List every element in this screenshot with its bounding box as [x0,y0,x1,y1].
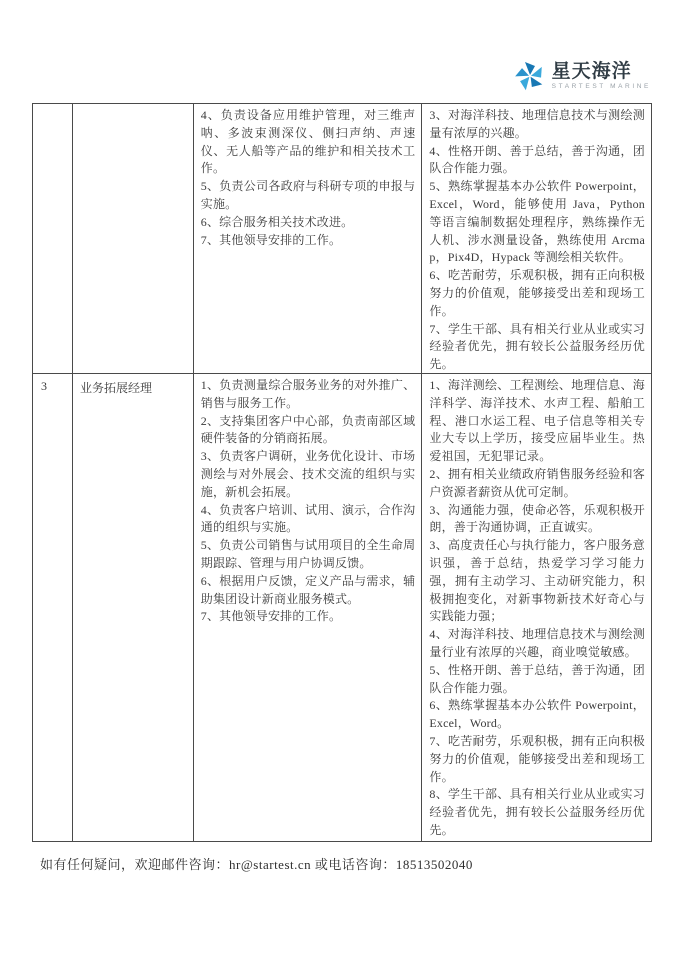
duty-item: 4、负责设备应用维护管理，对三维声呐、多波束测深仪、侧扫声纳、声速仪、无人船等产… [201,107,416,178]
startest-logo-icon [514,60,546,92]
logo-company-name-en: STARTEST MARINE [552,84,651,91]
duty-item: 3、负责客户调研，业务优化设计、市场测绘与对外展会、技术交流的组织与实施，新机会… [201,448,416,501]
duty-item: 7、其他领导安排的工作。 [201,608,416,626]
duty-item: 4、负责客户培训、试用、演示，合作沟通的组织与实施。 [201,502,416,538]
requirement-item: 5、性格开朗、善于总结，善于沟通，团队合作能力强。 [429,662,645,698]
requirement-item: 3、高度责任心与执行能力，客户服务意识强，善于总结，热爱学习学习能力强，拥有主动… [429,537,645,626]
duty-item: 7、其他领导安排的工作。 [201,232,416,250]
job-duties-cell: 4、负责设备应用维护管理，对三维声呐、多波束测深仪、侧扫声纳、声速仪、无人船等产… [194,104,423,374]
requirement-item: 8、学生干部、具有相关行业从业或实习经验者优先，拥有较长公益服务经历优先。 [429,786,645,839]
requirement-item: 6、熟练掌握基本办公软件 Powerpoint，Excel，Word。 [429,697,645,733]
document-page: 星天海洋 STARTEST MARINE 4、负责设备应用维护管理，对三维声呐、… [0,0,679,960]
table-row: 4、负责设备应用维护管理，对三维声呐、多波束测深仪、侧扫声纳、声速仪、无人船等产… [33,104,652,374]
requirement-item: 3、对海洋科技、地理信息技术与测绘测量有浓厚的兴趣。 [429,107,645,143]
requirement-item: 7、学生干部、具有相关行业从业或实习经验者优先，拥有较长公益服务经历优先。 [429,321,645,374]
duty-item: 5、负责公司各政府与科研专项的申报与实施。 [201,178,416,214]
duty-item: 6、根据用户反馈，定义产品与需求，辅助集团设计新商业服务模式。 [201,573,416,609]
requirement-item: 3、沟通能力强，使命必答，乐观积极开朗，善于沟通协调，正直诚实。 [429,502,645,538]
job-requirements-cell: 3、对海洋科技、地理信息技术与测绘测量有浓厚的兴趣。4、性格开朗、善于总结，善于… [422,104,652,374]
duty-item: 2、支持集团客户中心部，负责南部区域硬件装备的分销商拓展。 [201,413,416,449]
company-logo: 星天海洋 STARTEST MARINE [514,60,651,92]
logo-text: 星天海洋 STARTEST MARINE [552,62,651,91]
requirement-item: 1、海洋测绘、工程测绘、地理信息、海洋科学、海洋技术、水声工程、船舶工程、港口水… [429,377,645,466]
job-positions-table: 4、负责设备应用维护管理，对三维声呐、多波束测深仪、侧扫声纳、声速仪、无人船等产… [32,103,652,842]
job-duties-cell: 1、负责测量综合服务业务的对外推广、销售与服务工作。2、支持集团客户中心部，负责… [194,374,423,842]
job-requirements-cell: 1、海洋测绘、工程测绘、地理信息、海洋科学、海洋技术、水声工程、船舶工程、港口水… [422,374,652,842]
duty-item: 6、综合服务相关技术改进。 [201,214,416,232]
row-index-cell: 3 [33,374,73,842]
job-title-cell: 业务拓展经理 [73,374,194,842]
requirement-item: 4、性格开朗、善于总结，善于沟通，团队合作能力强。 [429,143,645,179]
requirement-item: 5、熟练掌握基本办公软件 Powerpoint，Excel，Word，能够使用 … [429,178,645,267]
requirement-item: 4、对海洋科技、地理信息技术与测绘测量行业有浓厚的兴趣，商业嗅觉敏感。 [429,626,645,662]
duty-item: 1、负责测量综合服务业务的对外推广、销售与服务工作。 [201,377,416,413]
row-index-cell [33,104,73,374]
contact-footer: 如有任何疑问，欢迎邮件咨询：hr@startest.cn 或电话咨询：18513… [40,854,473,873]
logo-company-name-cn: 星天海洋 [552,62,651,81]
duty-item: 5、负责公司销售与试用项目的全生命周期跟踪、管理与用户协调反馈。 [201,537,416,573]
requirement-item: 7、吃苦耐劳，乐观积极，拥有正向积极努力的价值观，能够接受出差和现场工作。 [429,733,645,786]
table-row: 3 业务拓展经理 1、负责测量综合服务业务的对外推广、销售与服务工作。2、支持集… [33,374,652,842]
requirement-item: 6、吃苦耐劳，乐观积极，拥有正向积极努力的价值观，能够接受出差和现场工作。 [429,267,645,320]
requirement-item: 2、拥有相关业绩政府销售服务经验和客户资源者薪资从优可定制。 [429,466,645,502]
job-title-cell [73,104,194,374]
